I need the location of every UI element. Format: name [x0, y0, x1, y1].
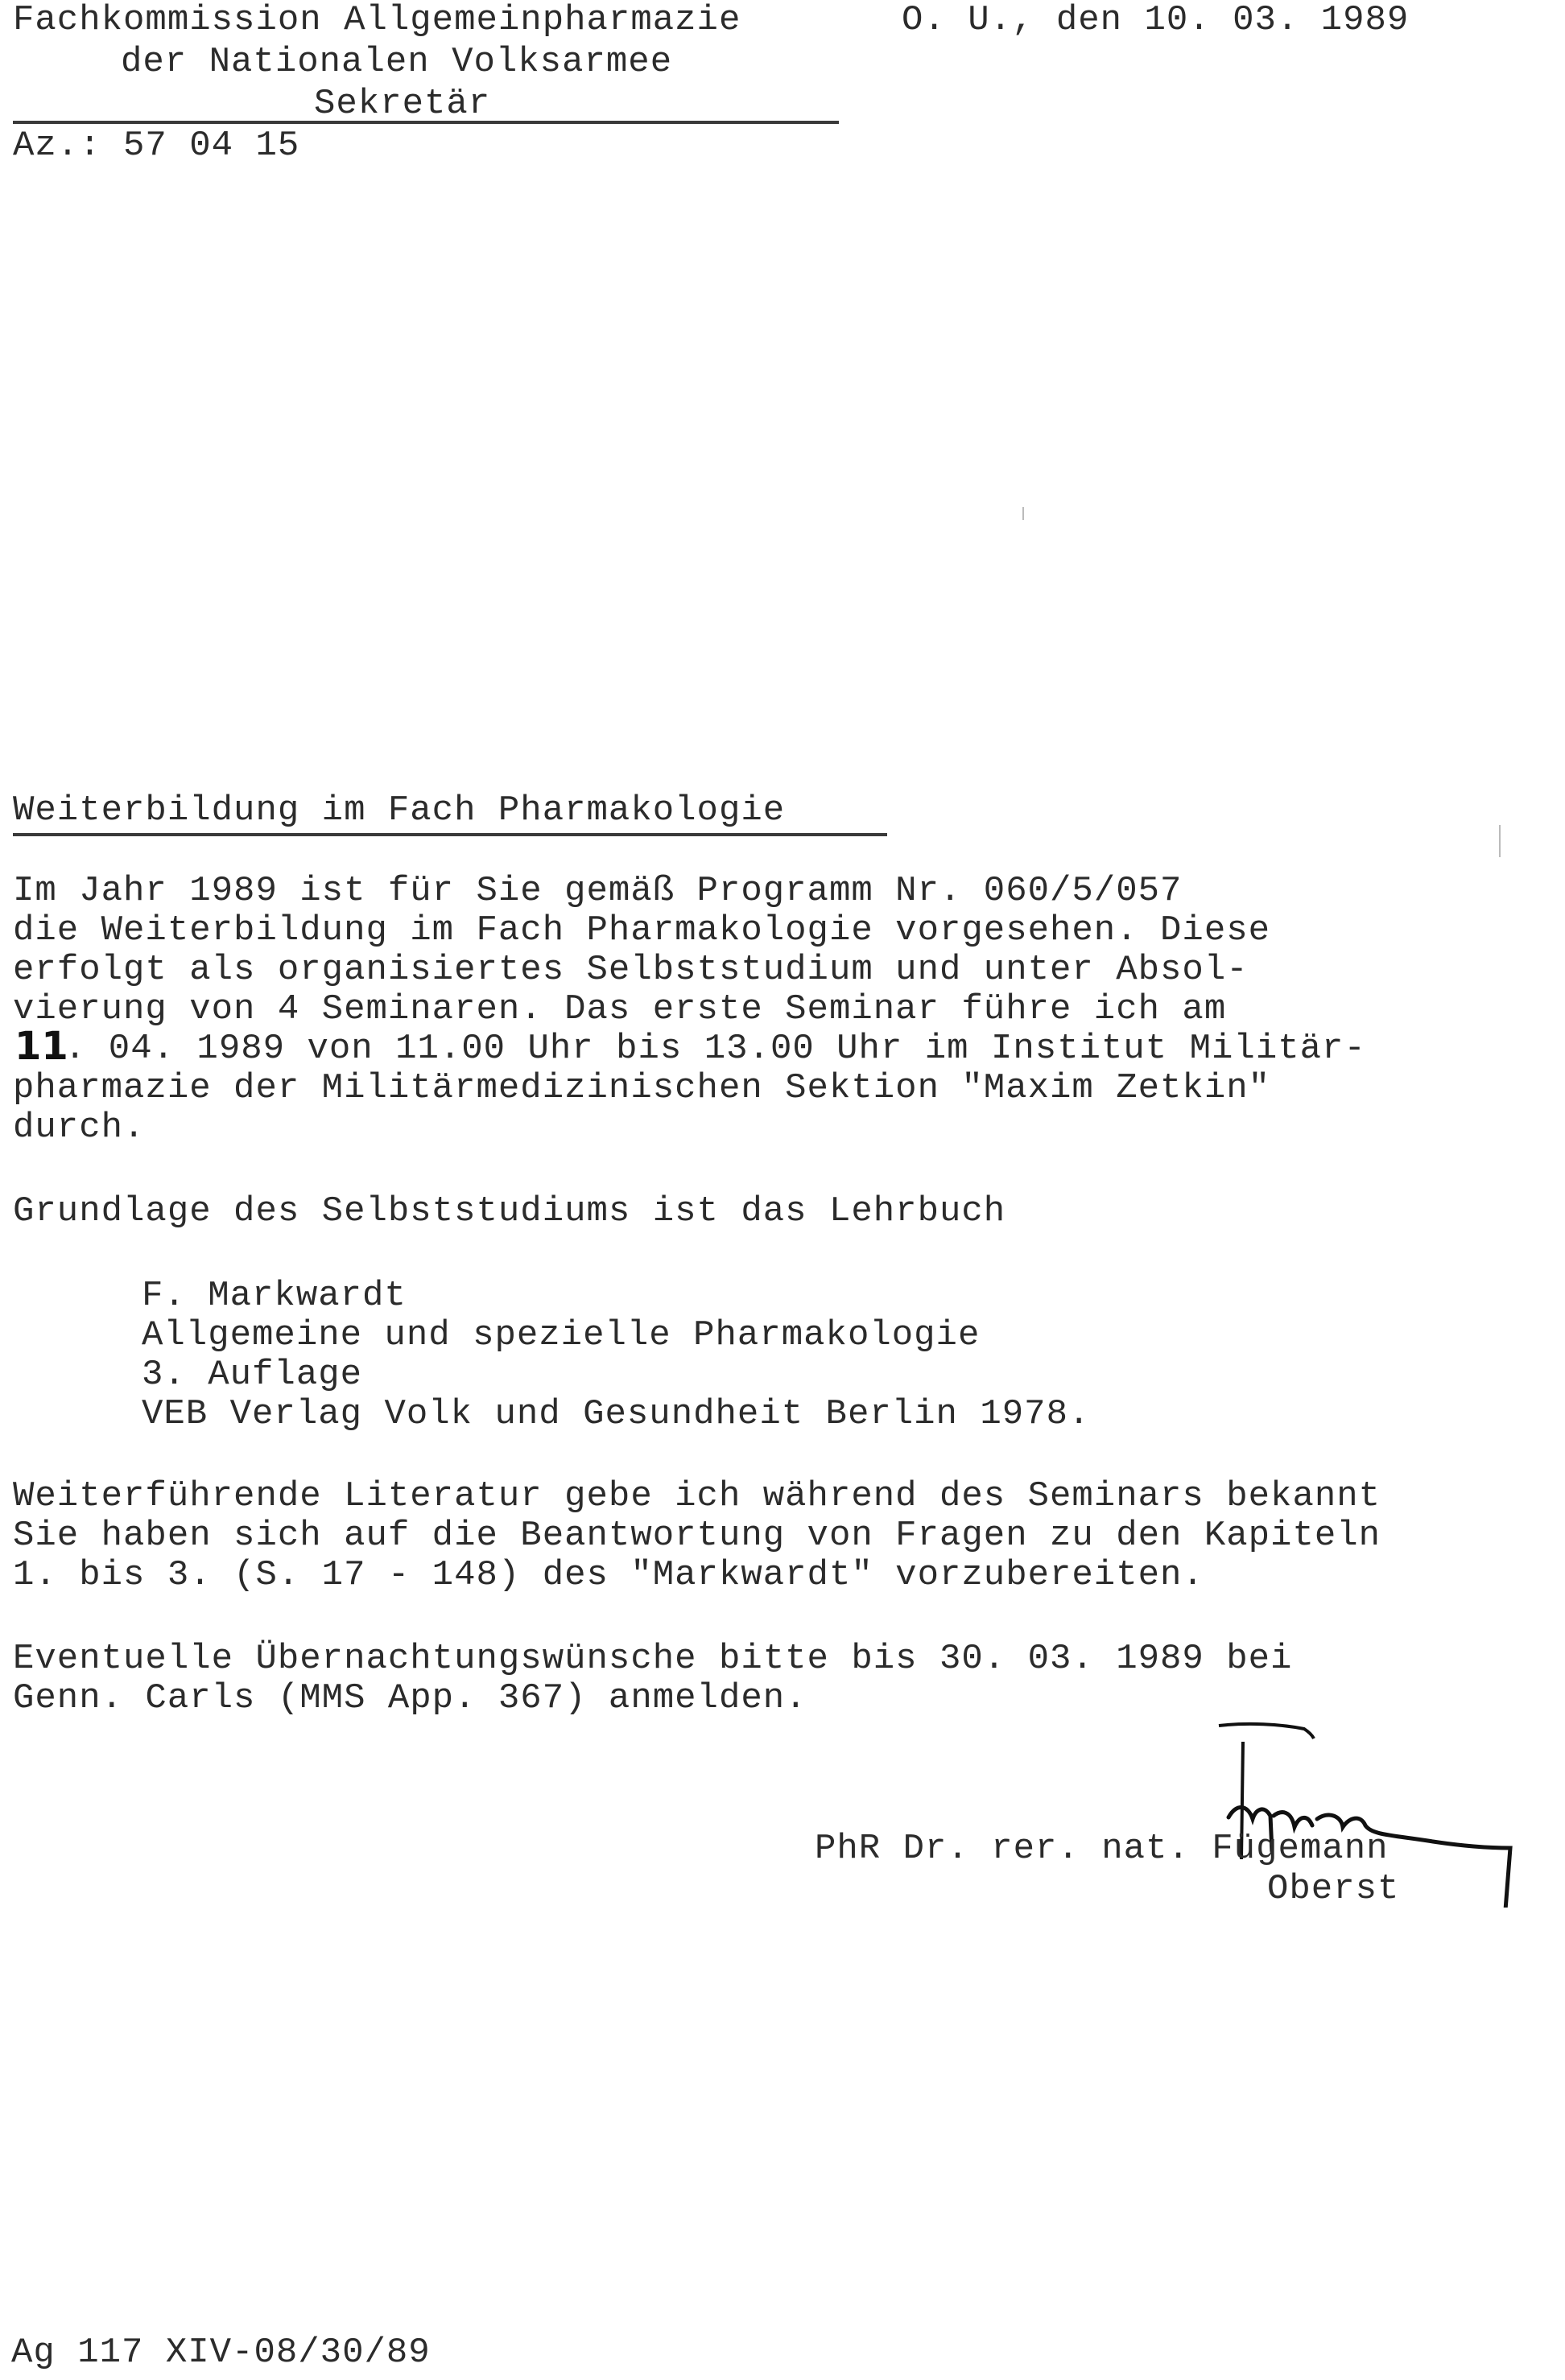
text-line: 1. bis 3. (S. 17 - 148) des "Markwardt" …: [13, 1555, 1204, 1595]
text-line: Im Jahr 1989 ist für Sie gemäß Programm …: [13, 871, 1182, 911]
text-line: durch.: [13, 1108, 145, 1148]
signatory-rank: Oberst: [1267, 1869, 1399, 1909]
handwritten-day: 11: [14, 1024, 68, 1069]
text-line: . 04. 1989 von 11.00 Uhr bis 13.00 Uhr i…: [64, 1029, 1366, 1069]
text-line: erfolgt als organisiertes Selbststudium …: [13, 950, 1249, 990]
text-line: Sie haben sich auf die Beantwortung von …: [13, 1516, 1381, 1556]
text-line: pharmazie der Militärmedizinischen Sekti…: [13, 1068, 1270, 1108]
scan-artifact: [1022, 507, 1024, 520]
letterhead-subunit: der Nationalen Volksarmee: [121, 42, 672, 82]
letterhead-organization: Fachkommission Allgemeinpharmazie: [13, 0, 741, 40]
text-line: vierung von 4 Seminaren. Das erste Semin…: [13, 989, 1226, 1029]
subject-underline: [13, 833, 887, 836]
text-line: Genn. Carls (MMS App. 367) anmelden.: [13, 1678, 807, 1718]
text-line: die Weiterbildung im Fach Pharmakologie …: [13, 910, 1270, 951]
subject-heading: Weiterbildung im Fach Pharmakologie: [13, 790, 785, 831]
scan-artifact: [1499, 825, 1501, 857]
book-edition: 3. Auflage: [142, 1355, 362, 1395]
book-author: F. Markwardt: [142, 1276, 407, 1316]
footer-print-code: Ag 117 XIV-08/30/89: [11, 2333, 431, 2373]
book-title: Allgemeine und spezielle Pharmakologie: [142, 1315, 980, 1355]
reference-number: Az.: 57 04 15: [13, 126, 299, 166]
place-date: O. U., den 10. 03. 1989: [902, 0, 1409, 40]
text-line: Eventuelle Übernachtungswünsche bitte bi…: [13, 1639, 1292, 1679]
letterhead-office: Sekretär: [314, 84, 490, 124]
book-publisher: VEB Verlag Volk und Gesundheit Berlin 19…: [142, 1394, 1090, 1434]
signatory-name: PhR Dr. rer. nat. Fügemann: [815, 1829, 1389, 1869]
text-line: Grundlage des Selbststudiums ist das Leh…: [13, 1191, 1005, 1231]
letterhead-divider: [13, 121, 839, 124]
text-line: Weiterführende Literatur gebe ich währen…: [13, 1476, 1381, 1516]
